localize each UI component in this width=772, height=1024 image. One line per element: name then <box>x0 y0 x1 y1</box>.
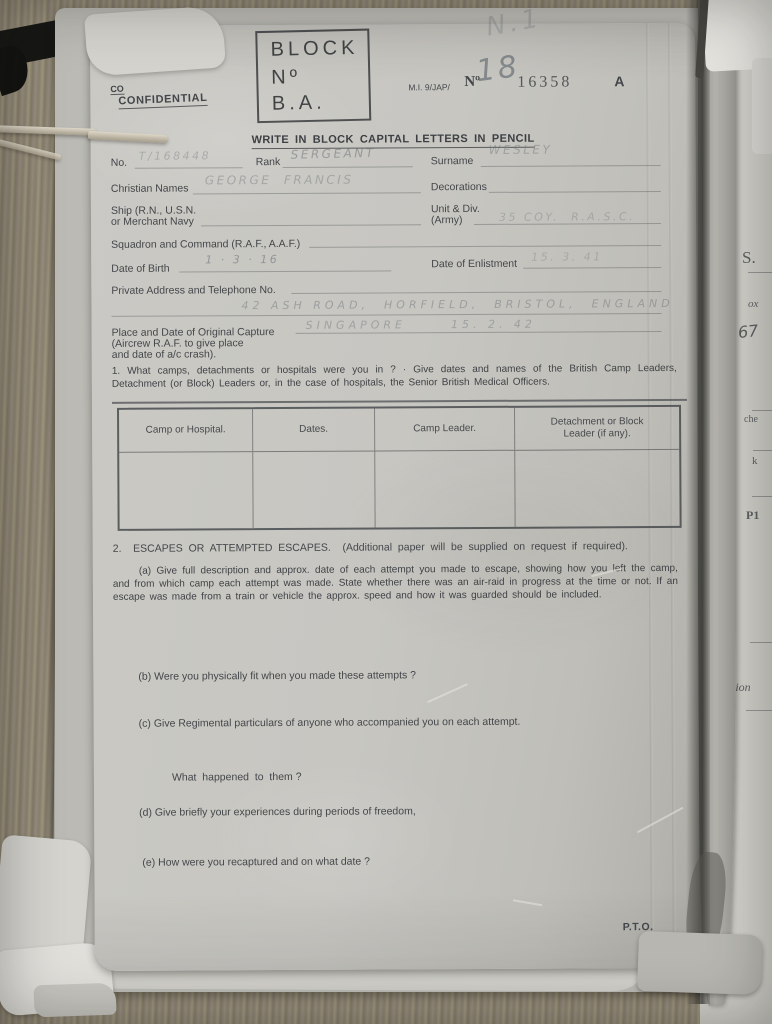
under-page-rule <box>752 496 772 497</box>
table-empty-cell <box>119 452 253 529</box>
enlistment-label: Date of Enlistment <box>431 258 517 270</box>
squadron-label: Squadron and Command (R.A.F., A.A.F.) <box>111 238 300 251</box>
table-outer-rule <box>112 399 687 404</box>
no-value: T/168448 <box>139 149 211 162</box>
stamp-line3: B.A. <box>272 92 326 116</box>
table-header-dates: Dates. <box>253 409 375 452</box>
date-of-birth-value: 1 · 3 · 16 <box>205 253 279 266</box>
surname-line <box>481 165 661 167</box>
serial-no-label: Nº <box>464 74 480 91</box>
under-page-text: ox <box>748 298 758 310</box>
item-a: (a) Give full description and approx. da… <box>113 562 678 604</box>
under-page-rule <box>752 410 772 411</box>
item-d: (d) Give briefly your experiences during… <box>139 805 416 818</box>
form-page: BLOCK Nº B.A. 18 CO CONFIDENTIAL M.I. 9/… <box>90 23 700 971</box>
twine-string <box>0 137 62 160</box>
enlistment-line <box>523 267 661 269</box>
surname-label: Surname <box>431 155 474 167</box>
capture-label-3: and date of a/c crash). <box>112 348 217 361</box>
camps-table: Camp or Hospital. Dates. Camp Leader. De… <box>117 405 682 531</box>
unit-div-value: 35 COY. R.A.S.C. <box>499 210 635 224</box>
scratch-mark <box>513 899 543 906</box>
rank-label: Rank <box>256 156 281 168</box>
address-value: 42 ASH ROAD, HORFIELD, BRISTOL, ENGLAND <box>241 297 673 312</box>
rank-line <box>283 166 413 168</box>
instruction-row: WRITE IN BLOCK CAPITAL LETTERS IN PENCIL <box>91 128 696 150</box>
date-of-birth-line <box>179 270 391 272</box>
item-e: (e) How were you recaptured and on what … <box>142 856 370 869</box>
under-page-rule <box>750 642 772 643</box>
crumpled-corner-top-left <box>84 5 226 76</box>
capture-value: SINGAPORE 15. 2. 42 <box>306 318 536 332</box>
co-mark: CO <box>110 84 124 96</box>
squadron-line <box>309 245 661 248</box>
scratch-mark <box>637 807 684 833</box>
no-label: No. <box>111 157 127 169</box>
table-header-row: Camp or Hospital. Dates. Camp Leader. De… <box>119 407 679 453</box>
table-header-leader: Camp Leader. <box>375 408 515 451</box>
series-letter: A <box>614 73 624 89</box>
table-header-camp: Camp or Hospital. <box>119 409 253 452</box>
photo-scene: S. ox 67 che k P1 tion BLOCK Nº B.A. 18 … <box>0 0 772 1024</box>
under-page-rule <box>746 710 772 711</box>
table-header-detachment: Detachment or Block Leader (if any). <box>515 407 679 450</box>
item-c-followup: What happened to them ? <box>172 771 302 784</box>
torn-paper-right <box>752 58 772 154</box>
stamp-line1: BLOCK <box>270 37 358 62</box>
stamp-line2: Nº <box>271 66 301 90</box>
under-page-text: 67 <box>737 321 759 342</box>
under-page-text: S. <box>742 248 756 268</box>
item-b: (b) Were you physically fit when you mad… <box>138 669 416 682</box>
christian-names-label: Christian Names <box>111 182 189 194</box>
table-empty-row <box>119 450 679 529</box>
item-c: (c) Give Regimental particulars of anyon… <box>139 716 521 730</box>
address-label: Private Address and Telephone No. <box>111 284 275 297</box>
scratch-mark <box>427 683 468 703</box>
under-page-rule <box>753 450 772 451</box>
block-number-handwritten: 18 <box>474 49 521 89</box>
section-2-heading: 2. ESCAPES OR ATTEMPTED ESCAPES. (Additi… <box>113 540 628 555</box>
mi9-label: M.I. 9/JAP/ <box>408 82 450 92</box>
ship-line <box>201 224 421 226</box>
serial-number: 16358 <box>517 73 572 91</box>
question-1: 1. What camps, detachments or hospitals … <box>112 362 677 391</box>
folded-corner-bottom-right <box>637 931 763 995</box>
table-empty-cell <box>515 450 679 527</box>
surname-value: WESLEY <box>489 143 553 157</box>
christian-names-line <box>193 192 421 194</box>
enlistment-value: 15. 3. 41 <box>531 250 603 263</box>
rank-value: SERGEANT <box>291 146 376 162</box>
address-line-2 <box>112 313 662 317</box>
torn-paper-bottom-left <box>33 983 116 1018</box>
under-page-text: che <box>744 414 758 425</box>
decorations-label: Decorations <box>431 181 487 193</box>
table-empty-cell <box>375 451 515 528</box>
confidential-label: CONFIDENTIAL <box>118 92 208 110</box>
under-page-text: P1 <box>746 508 759 523</box>
no-line <box>135 167 243 169</box>
unit-div-label-2: (Army) <box>431 214 463 226</box>
christian-names-value: GEORGE FRANCIS <box>205 173 354 188</box>
under-page-rule <box>748 272 772 273</box>
block-number-stamp: BLOCK Nº B.A. 18 <box>255 29 371 124</box>
table-empty-cell <box>253 452 375 529</box>
under-page-text: k <box>752 455 758 467</box>
ship-label-2: or Merchant Navy <box>111 215 194 227</box>
date-of-birth-label: Date of Birth <box>111 263 169 275</box>
address-line-1 <box>291 291 661 294</box>
decorations-line <box>489 191 661 193</box>
